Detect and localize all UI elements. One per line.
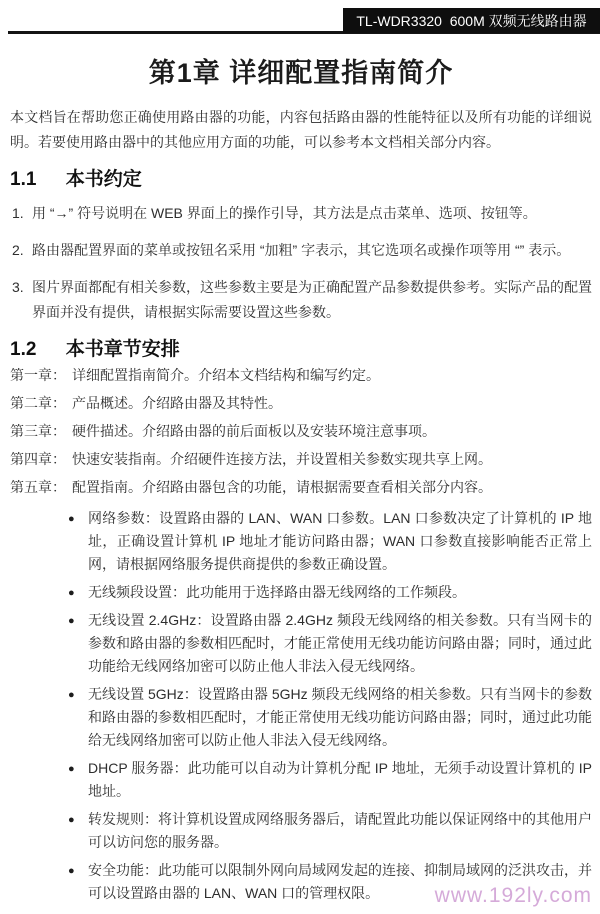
chapter-label: 第三章： <box>10 423 66 439</box>
chapter-text: 硬件描述。介绍路由器的前后面板以及安装环境注意事项。 <box>72 423 436 439</box>
bullet-text: 网络参数：设置路由器的 LAN、WAN 口参数。LAN 口参数决定了计算机的 I… <box>88 510 592 572</box>
manual-page: TL-WDR3320 600M 双频无线路由器 第1章 详细配置指南简介 本文档… <box>0 0 600 914</box>
list-item: ● 网络参数：设置路由器的 LAN、WAN 口参数。LAN 口参数决定了计算机的… <box>68 507 592 576</box>
chapter-row: 第一章：详细配置指南简介。介绍本文档结构和编写约定。 <box>10 361 592 389</box>
list-item: ● 无线设置 5GHz：设置路由器 5GHz 频段无线网络的相关参数。只有当网卡… <box>68 683 592 752</box>
bullet-text: 无线设置 2.4GHz：设置路由器 2.4GHz 频段无线网络的相关参数。只有当… <box>88 612 592 674</box>
chapter-row: 第二章：产品概述。介绍路由器及其特性。 <box>10 389 592 417</box>
bullet-icon: ● <box>68 758 75 781</box>
section-number: 1.2 <box>10 339 36 360</box>
bullet-text: 无线频段设置：此功能用于选择路由器无线网络的工作频段。 <box>88 584 466 600</box>
item-text: 路由器配置界面的菜单或按钮名采用 “加粗” 字表示，其它选项名或操作项等用 “”… <box>32 242 570 258</box>
item-number: 1. <box>12 201 24 226</box>
list-item: ● 无线频段设置：此功能用于选择路由器无线网络的工作频段。 <box>68 581 592 604</box>
section-title: 本书章节安排 <box>66 339 180 360</box>
bullet-text: DHCP 服务器：此功能可以自动为计算机分配 IP 地址，无须手动设置计算机的 … <box>88 760 592 799</box>
chapter-overview-list: 第一章：详细配置指南简介。介绍本文档结构和编写约定。 第二章：产品概述。介绍路由… <box>10 361 592 501</box>
chapter-text: 快速安装指南。介绍硬件连接方法，并设置相关参数实现共享上网。 <box>72 451 492 467</box>
bullet-icon: ● <box>68 684 75 707</box>
chapter-label: 第一章： <box>10 367 66 383</box>
section-1-2-heading: 1.2 本书章节安排 <box>10 339 592 361</box>
feature-bullet-list: ● 网络参数：设置路由器的 LAN、WAN 口参数。LAN 口参数决定了计算机的… <box>10 507 592 905</box>
bullet-icon: ● <box>68 860 75 883</box>
bullet-text: 无线设置 5GHz：设置路由器 5GHz 频段无线网络的相关参数。只有当网卡的参… <box>88 686 592 748</box>
bullet-icon: ● <box>68 582 75 605</box>
bullet-icon: ● <box>68 508 75 531</box>
chapter-label: 第四章： <box>10 451 66 467</box>
chapter-row: 第三章：硬件描述。介绍路由器的前后面板以及安装环境注意事项。 <box>10 417 592 445</box>
list-item: ● DHCP 服务器：此功能可以自动为计算机分配 IP 地址，无须手动设置计算机… <box>68 757 592 803</box>
chapter-title: 第1章 详细配置指南简介 <box>10 58 592 89</box>
chapter-label: 第五章： <box>10 479 66 495</box>
section-number: 1.1 <box>10 169 36 190</box>
chapter-text: 产品概述。介绍路由器及其特性。 <box>72 395 282 411</box>
chapter-row: 第五章：配置指南。介绍路由器包含的功能，请根据需要查看相关部分内容。 <box>10 473 592 501</box>
chapter-text: 配置指南。介绍路由器包含的功能，请根据需要查看相关部分内容。 <box>72 479 492 495</box>
product-badge: TL-WDR3320 600M 双频无线路由器 <box>343 8 600 33</box>
list-item: 1. 用 “→” 符号说明在 WEB 界面上的操作引导，其方法是点击菜单、选项、… <box>10 201 592 226</box>
list-item: 3. 图片界面都配有相关参数，这些参数主要是为正确配置产品参数提供参考。实际产品… <box>10 275 592 325</box>
bullet-icon: ● <box>68 610 75 633</box>
section-1-1-heading: 1.1 本书约定 <box>10 169 592 191</box>
section-title: 本书约定 <box>66 169 142 190</box>
list-item: ● 无线设置 2.4GHz：设置路由器 2.4GHz 频段无线网络的相关参数。只… <box>68 609 592 678</box>
bullet-icon: ● <box>68 809 75 832</box>
item-number: 3. <box>12 275 24 300</box>
item-number: 2. <box>12 238 24 263</box>
item-text: 图片界面都配有相关参数，这些参数主要是为正确配置产品参数提供参考。实际产品的配置… <box>32 279 592 320</box>
bullet-text: 转发规则：将计算机设置成网络服务器后，请配置此功能以保证网络中的其他用户可以访问… <box>88 811 592 850</box>
chapter-text: 详细配置指南简介。介绍本文档结构和编写约定。 <box>72 367 380 383</box>
page-content: 第1章 详细配置指南简介 本文档旨在帮助您正确使用路由器的功能，内容包括路由器的… <box>10 34 592 910</box>
chapter-label: 第二章： <box>10 395 66 411</box>
product-name: TL-WDR3320 600M 双频无线路由器 <box>356 11 586 31</box>
list-item: ● 转发规则：将计算机设置成网络服务器后，请配置此功能以保证网络中的其他用户可以… <box>68 808 592 854</box>
conventions-list: 1. 用 “→” 符号说明在 WEB 界面上的操作引导，其方法是点击菜单、选项、… <box>10 201 592 325</box>
watermark: www.192ly.com <box>435 884 592 908</box>
chapter-row: 第四章：快速安装指南。介绍硬件连接方法，并设置相关参数实现共享上网。 <box>10 445 592 473</box>
intro-paragraph: 本文档旨在帮助您正确使用路由器的功能，内容包括路由器的性能特征以及所有功能的详细… <box>10 105 592 155</box>
list-item: 2. 路由器配置界面的菜单或按钮名采用 “加粗” 字表示，其它选项名或操作项等用… <box>10 238 592 263</box>
item-text: 用 “→” 符号说明在 WEB 界面上的操作引导，其方法是点击菜单、选项、按钮等… <box>32 205 537 221</box>
